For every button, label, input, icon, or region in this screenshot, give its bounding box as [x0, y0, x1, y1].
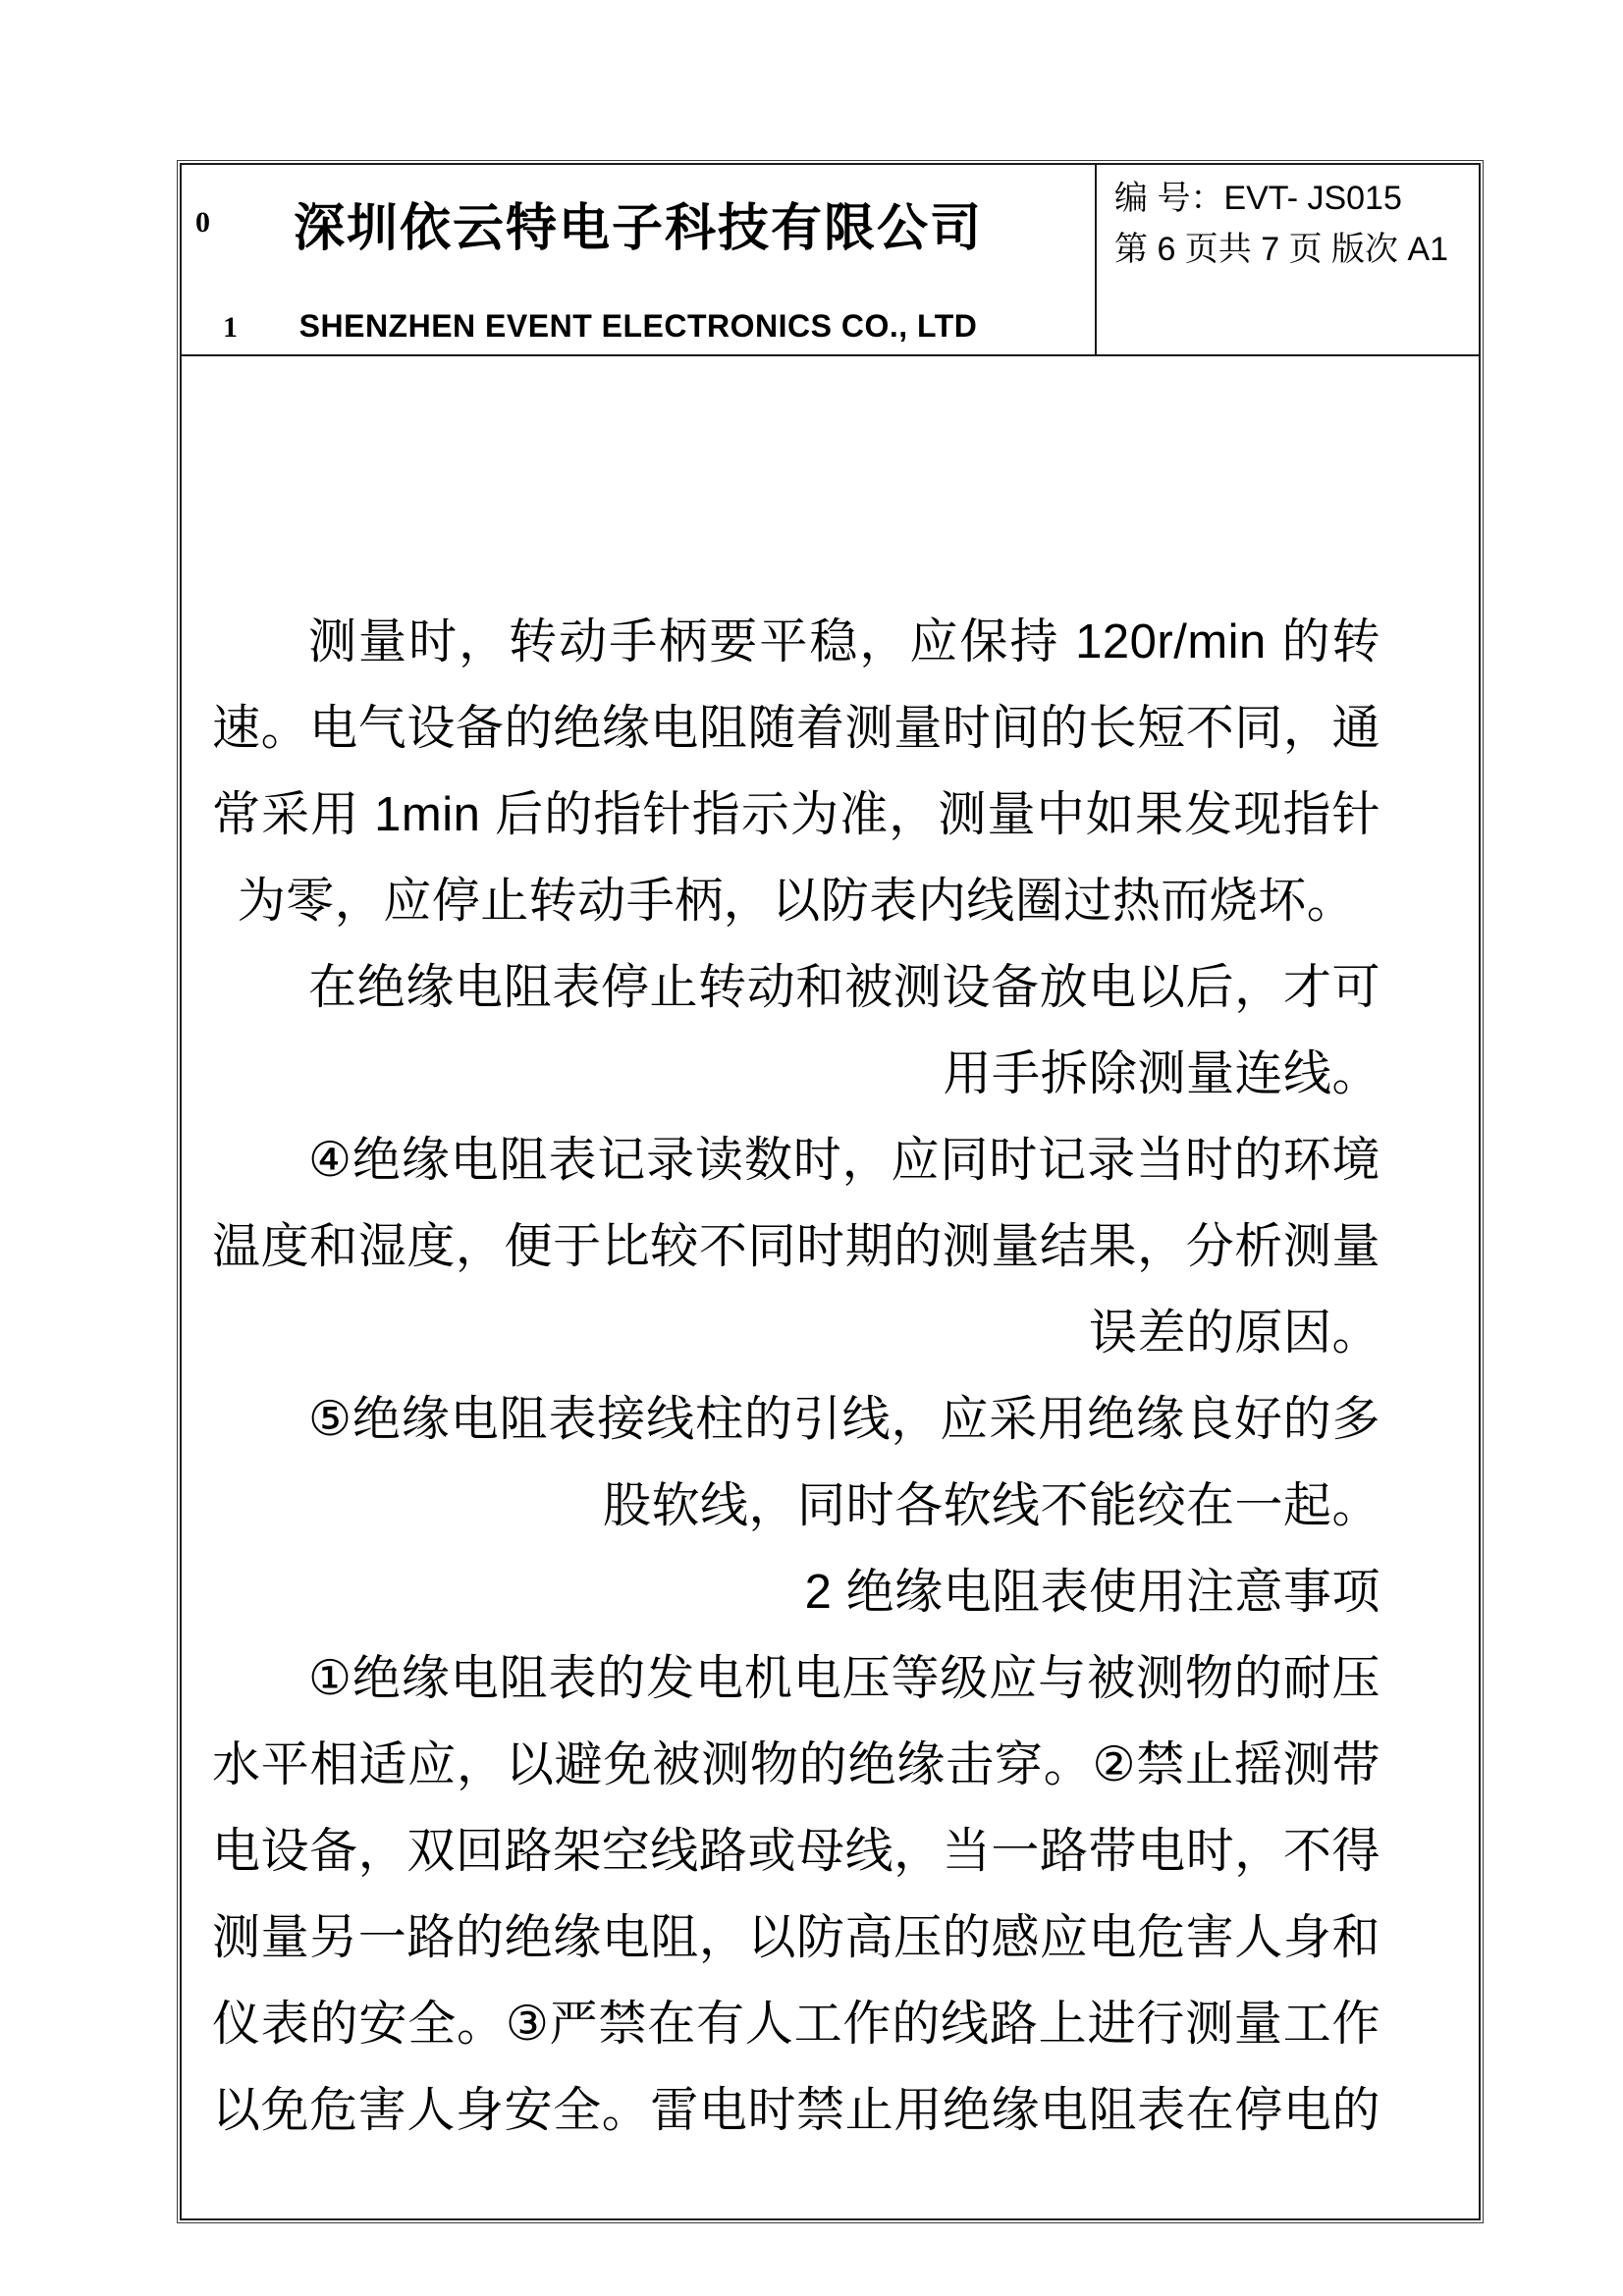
body-line: ①绝缘电阻表的发电机电压等级应与被测物的耐压 [212, 1635, 1380, 1722]
body-line: 在绝缘电阻表停止转动和被测设备放电以后，才可 [212, 944, 1380, 1031]
body-line: 速。电气设备的绝缘电阻随着测量时间的长短不同，通 [212, 685, 1380, 772]
header-docinfo-cell: 编 号：EVT- JS015 第 6 页共 7 页 版次 A1 [1095, 165, 1479, 354]
company-name-zh: 深圳依云特电子科技有限公司 [182, 187, 1095, 260]
body-line: ⑤绝缘电阻表接线柱的引线，应采用绝缘良好的多 [212, 1376, 1380, 1463]
doc-body: 测量时，转动手柄要平稳，应保持 120r/min 的转 速。电气设备的绝缘电阻随… [182, 356, 1479, 2218]
body-line: 测量另一路的绝缘电阻，以防高压的感应电危害人身和 [212, 1895, 1380, 1981]
body-line: 为零，应停止转动手柄，以防表内线圈过热而烧坏。 [212, 858, 1380, 944]
doc-frame: 0 深圳依云特电子科技有限公司 1 SHENZHEN EVENT ELECTRO… [180, 163, 1481, 2220]
page-info: 第 6 页共 7 页 版次 A1 [1114, 224, 1465, 275]
body-line: 温度和湿度，便于比较不同时期的测量结果，分析测量 [212, 1203, 1380, 1290]
body-line: 2 绝缘电阻表使用注意事项 [212, 1549, 1380, 1635]
body-line: 水平相适应，以避免被测物的绝缘击穿。②禁止摇测带 [212, 1722, 1380, 1808]
doc-number: 编 号：EVT- JS015 [1114, 173, 1465, 224]
body-line: 测量时，转动手柄要平稳，应保持 120r/min 的转 [212, 599, 1380, 685]
body-line: 电设备，双回路架空线路或母线，当一路带电时，不得 [212, 1808, 1380, 1895]
document-page: 0 深圳依云特电子科技有限公司 1 SHENZHEN EVENT ELECTRO… [0, 0, 1623, 2296]
body-line: 用手拆除测量连线。 [212, 1031, 1380, 1117]
body-line: 以免危害人身安全。雷电时禁止用绝缘电阻表在停电的 [212, 2067, 1380, 2154]
body-line: 股软线，同时各软线不能绞在一起。 [212, 1463, 1380, 1549]
body-line: 仪表的安全。③严禁在有人工作的线路上进行测量工作 [212, 1981, 1380, 2067]
doc-header: 0 深圳依云特电子科技有限公司 1 SHENZHEN EVENT ELECTRO… [182, 165, 1479, 356]
body-line: 常采用 1min 后的指针指示为准，测量中如果发现指针 [212, 772, 1380, 858]
body-line: ④绝缘电阻表记录读数时，应同时记录当时的环境 [212, 1117, 1380, 1203]
header-company-cell: 0 深圳依云特电子科技有限公司 1 SHENZHEN EVENT ELECTRO… [182, 165, 1095, 354]
body-line: 误差的原因。 [212, 1290, 1380, 1376]
company-name-en: SHENZHEN EVENT ELECTRONICS CO., LTD [182, 308, 1095, 345]
